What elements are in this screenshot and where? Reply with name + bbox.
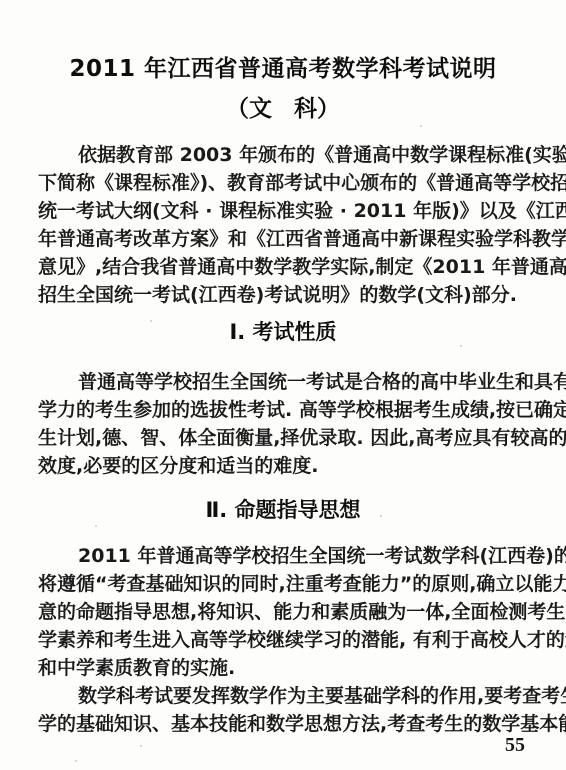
scan-speck [380, 515, 382, 517]
scan-speck [95, 525, 97, 527]
paragraph-line: 学素养和考生进入高等学校继续学习的潜能, 有利于高校人才的选拔 [38, 626, 538, 654]
paragraph-line: 和中学素质教育的实施. [38, 654, 538, 682]
paragraph-line: 年普通高考改革方案》和《江西省普通高中新课程实验学科教学指导 [38, 225, 538, 253]
paragraph-line: 意的命题指导思想,将知识、能力和素质融为一体,全面检测考生的数 [38, 598, 538, 626]
paragraph-line: 数学科考试要发挥数学作为主要基础学科的作用,要考查考生数 [78, 682, 538, 710]
scan-speck [75, 70, 77, 72]
paragraph-line: 普通高等学校招生全国统一考试是合格的高中毕业生和具有同等 [78, 368, 538, 396]
paragraph-line: 学的基础知识、基本技能和数学思想方法,考查考生的数学基本能力、 [38, 710, 538, 738]
paragraph-line: 统一考试大纲(文科 · 课程标准实验 · 2011 年版)》以及《江西省 201… [38, 197, 538, 225]
scan-speck [420, 125, 422, 127]
paragraph-line: 将遵循“考查基础知识的同时,注重考查能力”的原则,确立以能力立 [38, 570, 538, 598]
document-subtitle: （文 科） [0, 90, 566, 123]
scan-speck [150, 320, 152, 322]
paragraph-line: 下简称《课程标准》)、教育部考试中心颁布的《普通高等学校招生全国 [38, 169, 538, 197]
paragraph-line: 意见》,结合我省普通高中数学教学实际,制定《2011 年普通高等学校 [38, 253, 538, 281]
scan-speck [75, 760, 77, 762]
page-number: 55 [505, 734, 525, 757]
scan-speck [140, 745, 142, 747]
section-heading-exam-nature: Ⅰ. 考试性质 [0, 316, 566, 346]
paragraph-line: 生计划,德、智、体全面衡量,择优录取. 因此,高考应具有较高的信度、 [38, 424, 538, 452]
paragraph-line: 效度,必要的区分度和适当的难度. [38, 452, 538, 480]
document-title: 2011 年江西省普通高考数学科考试说明 [0, 50, 566, 83]
scan-speck [460, 345, 462, 347]
paragraph-line: 2011 年普通高等学校招生全国统一考试数学科(江西卷)的命题, [78, 542, 538, 570]
section-heading-guiding-principle: Ⅱ. 命题指导思想 [0, 494, 566, 524]
scan-speck [300, 110, 302, 112]
paragraph-line: 学力的考生参加的选拔性考试. 高等学校根据考生成绩,按已确定的招 [38, 396, 538, 424]
paragraph-line: 招生全国统一考试(江西卷)考试说明》的数学(文科)部分. [38, 281, 538, 309]
paragraph-line: 依据教育部 2003 年颁布的《普通高中数学课程标准(实验)》(以 [78, 141, 538, 169]
